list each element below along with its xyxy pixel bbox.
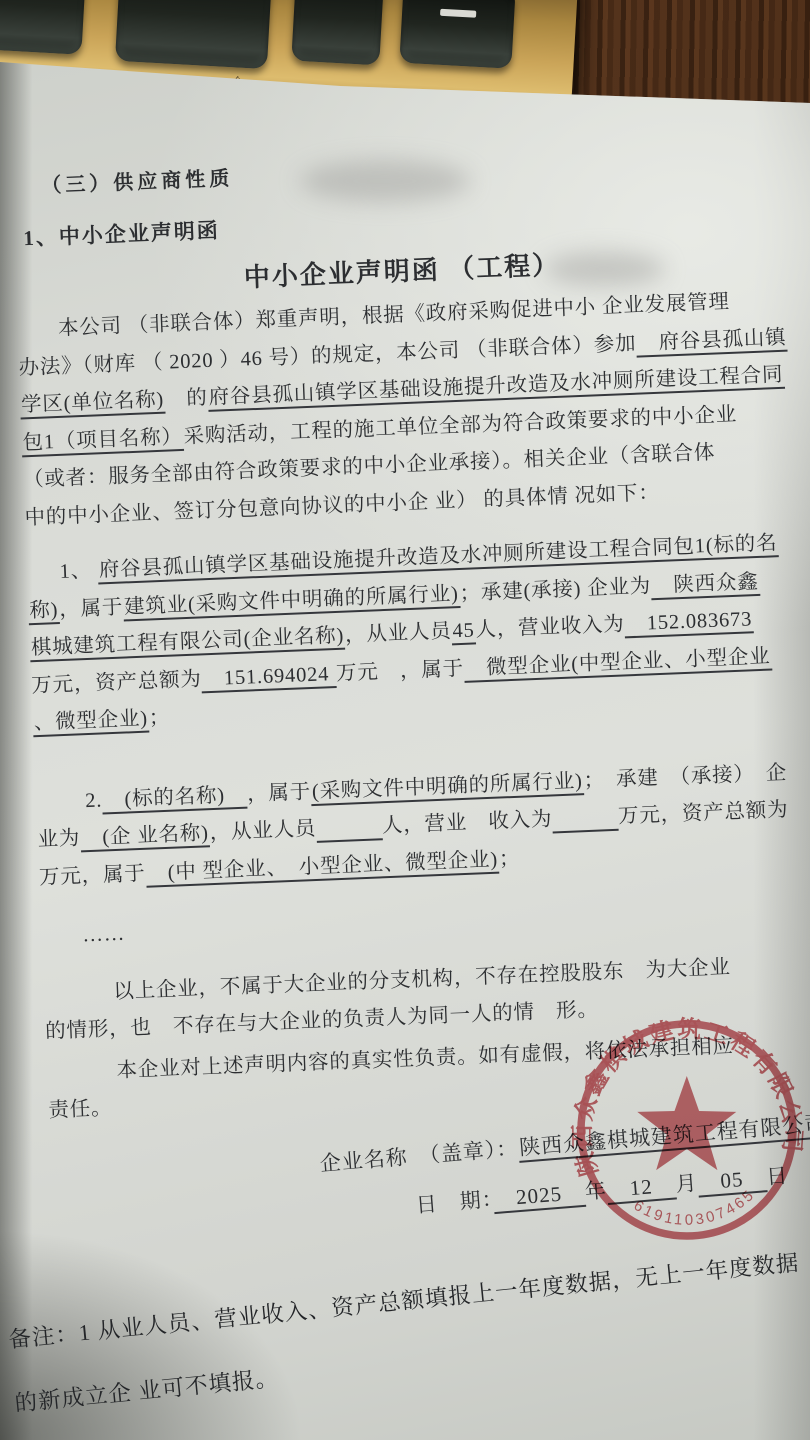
photo-frame: —全— （三）供应商性质 1、中小企业声明函 中小企业声明函 （工程） 本公司 … bbox=[0, 0, 810, 1440]
document-body: （三）供应商性质 1、中小企业声明函 中小企业声明函 （工程） 本公司 （非联合… bbox=[11, 140, 810, 1131]
company-seal: 陕西众鑫棋城建筑工程有限公司 619110307465 bbox=[551, 994, 810, 1267]
notes-block: 备注：1 从业人员、营业收入、资产总额填报上一年度数据，无上一年度数据的新成立企… bbox=[6, 1228, 810, 1436]
keycap bbox=[115, 0, 272, 69]
seal-star bbox=[637, 1076, 736, 1170]
seal-graphic: 陕西众鑫棋城建筑工程有限公司 619110307465 bbox=[551, 994, 810, 1267]
text-line: …… bbox=[41, 888, 810, 957]
keycap bbox=[291, 0, 384, 65]
keycap bbox=[399, 0, 515, 69]
body-text: 本公司 （非联合体）郑重声明，根据《政府采购促进中小 企业发展管理办法》（财库 … bbox=[16, 281, 810, 1130]
keycap-legend bbox=[440, 9, 476, 18]
section-heading: （三）供应商性质 bbox=[11, 140, 786, 200]
keycap bbox=[0, 0, 86, 55]
